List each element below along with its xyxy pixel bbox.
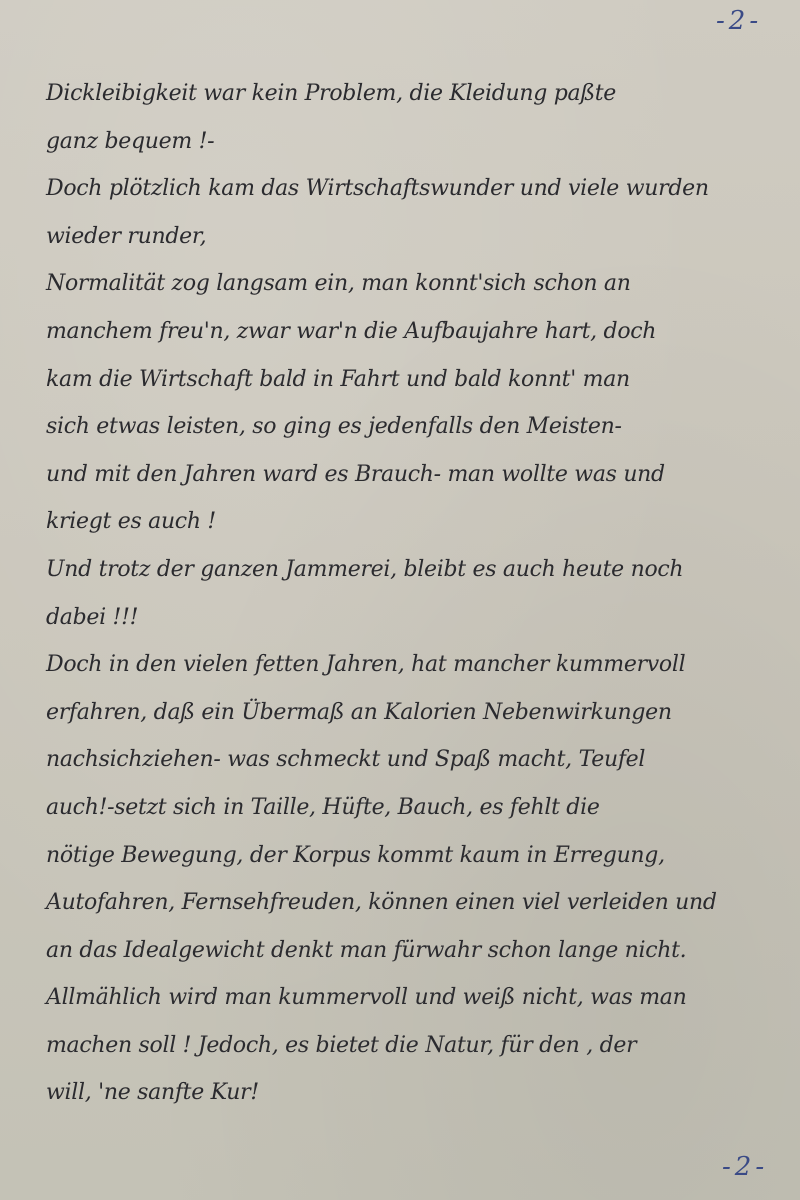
text-line: und mit den Jahren ward es Brauch- man w… <box>46 451 746 499</box>
text-line: will, 'ne sanfte Kur! <box>46 1069 746 1117</box>
text-line: Doch in den vielen fetten Jahren, hat ma… <box>46 641 746 689</box>
page-number-bottom: -2- <box>722 1152 768 1182</box>
text-line: Allmählich wird man kummervoll und weiß … <box>46 974 746 1022</box>
text-line: ganz bequem !- <box>46 118 746 166</box>
document-page: -2- Dickleibigkeit war kein Problem, die… <box>0 0 800 1200</box>
text-line: an das Idealgewicht denkt man fürwahr sc… <box>46 927 746 975</box>
text-line: kriegt es auch ! <box>46 498 746 546</box>
text-line: erfahren, daß ein Übermaß an Kalorien Ne… <box>46 689 746 737</box>
text-line: sich etwas leisten, so ging es jedenfall… <box>46 403 746 451</box>
text-line: manchem freu'n, zwar war'n die Aufbaujah… <box>46 308 746 356</box>
text-line: nachsichziehen- was schmeckt und Spaß ma… <box>46 736 746 784</box>
text-line: machen soll ! Jedoch, es bietet die Natu… <box>46 1022 746 1070</box>
poem-text: Dickleibigkeit war kein Problem, die Kle… <box>46 70 746 1117</box>
text-line: nötige Bewegung, der Korpus kommt kaum i… <box>46 832 746 880</box>
text-line: Doch plötzlich kam das Wirtschaftswunder… <box>46 165 746 213</box>
text-line: Und trotz der ganzen Jammerei, bleibt es… <box>46 546 746 594</box>
text-line: Normalität zog langsam ein, man konnt'si… <box>46 260 746 308</box>
text-line: wieder runder, <box>46 213 746 261</box>
text-line: kam die Wirtschaft bald in Fahrt und bal… <box>46 356 746 404</box>
text-line: dabei !!! <box>46 594 746 642</box>
page-number-top: -2- <box>716 6 762 36</box>
text-line: auch!-setzt sich in Taille, Hüfte, Bauch… <box>46 784 746 832</box>
text-line: Dickleibigkeit war kein Problem, die Kle… <box>46 70 746 118</box>
text-line: Autofahren, Fernsehfreuden, können einen… <box>46 879 746 927</box>
